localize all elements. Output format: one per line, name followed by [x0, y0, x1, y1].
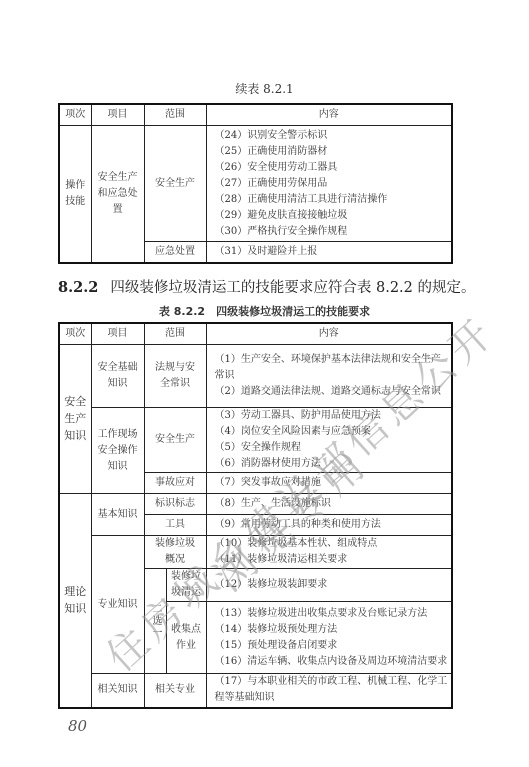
- scope-label: 装修垃圾概况: [153, 536, 197, 568]
- header-item: 项目: [91, 323, 144, 345]
- table-8-2-2: 项次 项目 范围 内容 安全生产知识 安全基础知识 法规与安全常识 （1）生产安…: [58, 322, 453, 709]
- content-line: （28）正确使用清洁工具进行清洁操作: [215, 192, 449, 208]
- content-line: （4）岗位安全风险因素与应急预案: [215, 424, 449, 440]
- scope-cell: 安全生产: [144, 126, 206, 242]
- scope-cell: 收集点作业: [166, 602, 206, 674]
- category-cell: 操作技能: [59, 126, 91, 263]
- clause-8-2-2: 8.2.2四级装修垃圾清运工的技能要求应符合表 8.2.2 的规定。: [58, 276, 468, 297]
- item-cell: 专业知识: [91, 536, 144, 674]
- scope-cell: 事故应对: [144, 473, 206, 494]
- content-cell: （7）突发事故应对措施: [206, 473, 452, 494]
- item-label: 安全生产和应急处置: [97, 170, 139, 218]
- clause-number: 8.2.2: [58, 279, 98, 296]
- content-line: （24）识别安全警示标识: [215, 128, 449, 144]
- item-cell: 工作现场安全操作知识: [91, 408, 144, 494]
- header-scope: 范围: [144, 104, 206, 126]
- content-cell: （9）常用劳动工具的种类和使用方法: [206, 515, 452, 536]
- content-cell: （8）生产、生活设施标识: [206, 494, 452, 515]
- scope-cell: 相关专业: [144, 674, 206, 708]
- content-line: （29）避免皮肤直接接触垃圾: [215, 208, 449, 224]
- scope-cell: 工具: [144, 515, 206, 536]
- page-number: 80: [68, 717, 87, 735]
- scope-cell: 法规与安全常识: [144, 345, 206, 408]
- clause-text: 四级装修垃圾清运工的技能要求应符合表 8.2.2 的规定。: [110, 280, 475, 296]
- item-cell: 基本知识: [91, 494, 144, 536]
- content-line: （2）道路交通法律法规、道路交通标志与安全常识: [215, 384, 449, 400]
- content-cell: （31）及时避险并上报: [206, 242, 452, 263]
- content-cell: （17）与本职业相关的市政工程、机械工程、化学工程等基础知识: [206, 674, 452, 708]
- table-row: 专业知识 装修垃圾概况 （10）装修垃圾基本性状、组成特点 （11）装修垃圾清运…: [59, 536, 452, 569]
- category-label: 安全生产知识: [64, 393, 86, 444]
- table1-caption: 续表 8.2.1: [0, 80, 529, 97]
- content-line: （5）安全操作规程: [215, 440, 449, 456]
- content-line: （31）及时避险并上报: [215, 244, 449, 260]
- item-label: 安全基础知识: [96, 360, 140, 392]
- content-cell: （24）识别安全警示标识 （25）正确使用消防器材 （26）安全使用劳动工器具 …: [206, 126, 452, 242]
- scope-cell: 应急处置: [144, 242, 206, 263]
- header-item: 项目: [91, 104, 144, 126]
- content-line: （17）与本职业相关的市政工程、机械工程、化学工程等基础知识: [215, 674, 449, 706]
- content-line: （13）装修垃圾进出收集点要求及台账记录方法: [215, 606, 449, 622]
- content-line: （11）装修垃圾清运相关要求: [215, 552, 449, 568]
- scope-label: 收集点作业: [170, 622, 202, 654]
- table-header-row: 项次 项目 范围 内容: [59, 323, 452, 345]
- content-line: （27）正确使用劳保用品: [215, 176, 449, 192]
- header-item-no: 项次: [59, 323, 91, 345]
- content-line: （14）装修垃圾预处理方法: [215, 622, 449, 638]
- item-cell: 安全基础知识: [91, 345, 144, 408]
- table-8-2-1-continued: 项次 项目 范围 内容 操作技能 安全生产和应急处置 安全生产 （24）识别安全…: [58, 103, 453, 264]
- item-label: 工作现场安全操作知识: [96, 427, 140, 475]
- content-cell: （3）劳动工器具、防护用品使用方法 （4）岗位安全风险因素与应急预案 （5）安全…: [206, 408, 452, 473]
- content-cell: （1）生产安全、环境保护基本法律法规和安全生产常识 （2）道路交通法律法规、道路…: [206, 345, 452, 408]
- content-cell: （10）装修垃圾基本性状、组成特点 （11）装修垃圾清运相关要求: [206, 536, 452, 569]
- header-item-no: 项次: [59, 104, 91, 126]
- choice-label: 二选一: [144, 569, 166, 674]
- content-line: （12）装修垃圾装卸要求: [215, 577, 449, 593]
- scope-label: 法规与安全常识: [153, 360, 197, 392]
- item-cell: 安全生产和应急处置: [91, 126, 144, 263]
- content-line: （30）严格执行安全操作规程: [215, 224, 449, 240]
- scope-label: 装修垃圾清运: [170, 569, 202, 601]
- table-header-row: 项次 项目 范围 内容: [59, 104, 452, 126]
- content-line: （15）预处理设备启闭要求: [215, 638, 449, 654]
- table-row: 安全生产知识 安全基础知识 法规与安全常识 （1）生产安全、环境保护基本法律法规…: [59, 345, 452, 408]
- content-cell: （13）装修垃圾进出收集点要求及台账记录方法 （14）装修垃圾预处理方法 （15…: [206, 602, 452, 674]
- document-page: 续表 8.2.1 项次 项目 范围 内容 操作技能 安全生产和应急处置 安全生产…: [0, 0, 529, 767]
- content-line: （16）清运车辆、收集点内设备及周边环境清洁要求: [215, 654, 449, 670]
- category-cell: 理论知识: [59, 494, 91, 708]
- scope-cell: 装修垃圾清运: [166, 569, 206, 602]
- table-row: 操作技能 安全生产和应急处置 安全生产 （24）识别安全警示标识 （25）正确使…: [59, 126, 452, 242]
- content-line: （8）生产、生活设施标识: [215, 496, 449, 512]
- table2-caption: 表 8.2.2 四级装修垃圾清运工的技能要求: [0, 303, 529, 319]
- content-line: （6）消防器材使用方法: [215, 456, 449, 472]
- content-line: （10）装修垃圾基本性状、组成特点: [215, 536, 449, 552]
- content-line: （1）生产安全、环境保护基本法律法规和安全生产常识: [215, 352, 449, 384]
- content-line: （7）突发事故应对措施: [215, 475, 449, 491]
- category-label: 理论知识: [64, 583, 86, 617]
- category-label: 操作技能: [64, 178, 86, 210]
- item-cell: 相关知识: [91, 674, 144, 708]
- scope-cell: 装修垃圾概况: [144, 536, 206, 569]
- header-content: 内容: [206, 323, 452, 345]
- category-cell: 安全生产知识: [59, 345, 91, 494]
- content-line: （26）安全使用劳动工器具: [215, 160, 449, 176]
- scope-cell: 标识标志: [144, 494, 206, 515]
- content-line: （25）正确使用消防器材: [215, 144, 449, 160]
- table-row: 理论知识 基本知识 标识标志 （8）生产、生活设施标识: [59, 494, 452, 515]
- header-content: 内容: [206, 104, 452, 126]
- table-row: 相关知识 相关专业 （17）与本职业相关的市政工程、机械工程、化学工程等基础知识: [59, 674, 452, 708]
- table-row: 工作现场安全操作知识 安全生产 （3）劳动工器具、防护用品使用方法 （4）岗位安…: [59, 408, 452, 473]
- content-line: （3）劳动工器具、防护用品使用方法: [215, 408, 449, 424]
- content-cell: （12）装修垃圾装卸要求: [206, 569, 452, 602]
- scope-cell: 安全生产: [144, 408, 206, 473]
- content-line: （9）常用劳动工具的种类和使用方法: [215, 517, 449, 533]
- header-scope: 范围: [144, 323, 206, 345]
